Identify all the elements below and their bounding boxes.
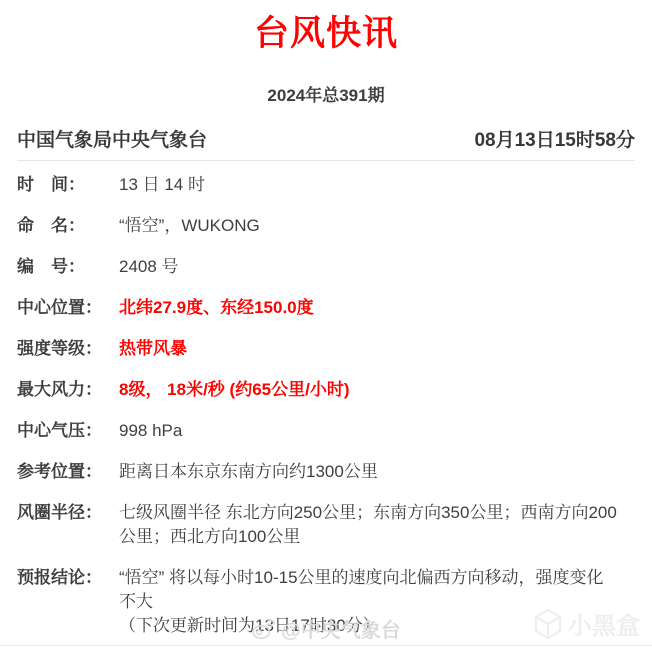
issue-number: 2024年总391期 xyxy=(17,84,635,108)
table-row-reference-position: 参考位置： 距离日本东京东南方向约1300公里 xyxy=(17,460,635,484)
header-divider xyxy=(17,160,635,161)
table-row-name: 命 名： “悟空”，WUKONG xyxy=(17,214,635,238)
row-value: 2408 号 xyxy=(119,255,179,279)
row-label: 命 名： xyxy=(17,214,119,238)
page-title: 台风快讯 xyxy=(17,12,635,56)
heybox-watermark: 小黑盒 xyxy=(533,606,640,641)
row-label: 风圈半径： xyxy=(17,501,119,525)
row-value: 北纬27.9度、东经150.0度 xyxy=(119,296,314,320)
table-row-center-position: 中心位置： 北纬27.9度、东经150.0度 xyxy=(17,296,635,320)
bulletin-table: 时 间： 13 日 14 时 命 名： “悟空”，WUKONG 编 号： 240… xyxy=(17,173,635,638)
row-value: 距离日本东京东南方向约1300公里 xyxy=(119,460,378,484)
table-row-time: 时 间： 13 日 14 时 xyxy=(17,173,635,197)
agency-header: 中国气象局中央气象台 08月13日15时58分 xyxy=(17,128,635,154)
issue-datetime: 08月13日15时58分 xyxy=(474,128,635,154)
row-value: “悟空”，WUKONG xyxy=(119,214,260,238)
table-row-intensity: 强度等级： 热带风暴 xyxy=(17,337,635,361)
weibo-watermark-text: @中央气象台 xyxy=(281,614,401,643)
row-value: 8级， 18米/秒 (约65公里/小时) xyxy=(119,378,350,402)
row-label: 参考位置： xyxy=(17,460,119,484)
row-label: 最大风力： xyxy=(17,378,119,402)
row-label: 时 间： xyxy=(17,173,119,197)
row-value: 998 hPa xyxy=(119,419,182,443)
table-row-number: 编 号： 2408 号 xyxy=(17,255,635,279)
cube-box-icon xyxy=(533,608,563,640)
row-label: 强度等级： xyxy=(17,337,119,361)
bottom-divider xyxy=(0,645,652,646)
row-value: 13 日 14 时 xyxy=(119,173,205,197)
typhoon-bulletin: 台风快讯 2024年总391期 中国气象局中央气象台 08月13日15时58分 … xyxy=(0,0,652,653)
table-row-pressure: 中心气压： 998 hPa xyxy=(17,419,635,443)
table-row-wind-circle: 风圈半径： 七级风圈半径 东北方向250公里；东南方向350公里；西南方向200… xyxy=(17,501,635,549)
table-row-max-wind: 最大风力： 8级， 18米/秒 (约65公里/小时) xyxy=(17,378,635,402)
row-label: 中心气压： xyxy=(17,419,119,443)
weibo-icon xyxy=(251,618,275,640)
agency-name: 中国气象局中央气象台 xyxy=(17,128,207,154)
row-value: 热带风暴 xyxy=(119,337,187,361)
row-label: 预报结论： xyxy=(17,566,119,590)
row-label: 编 号： xyxy=(17,255,119,279)
heybox-watermark-text: 小黑盒 xyxy=(568,606,640,641)
weibo-watermark: @中央气象台 xyxy=(251,614,401,643)
row-label: 中心位置： xyxy=(17,296,119,320)
row-value: 七级风圈半径 东北方向250公里；东南方向350公里；西南方向200 公里；西北… xyxy=(119,501,617,549)
